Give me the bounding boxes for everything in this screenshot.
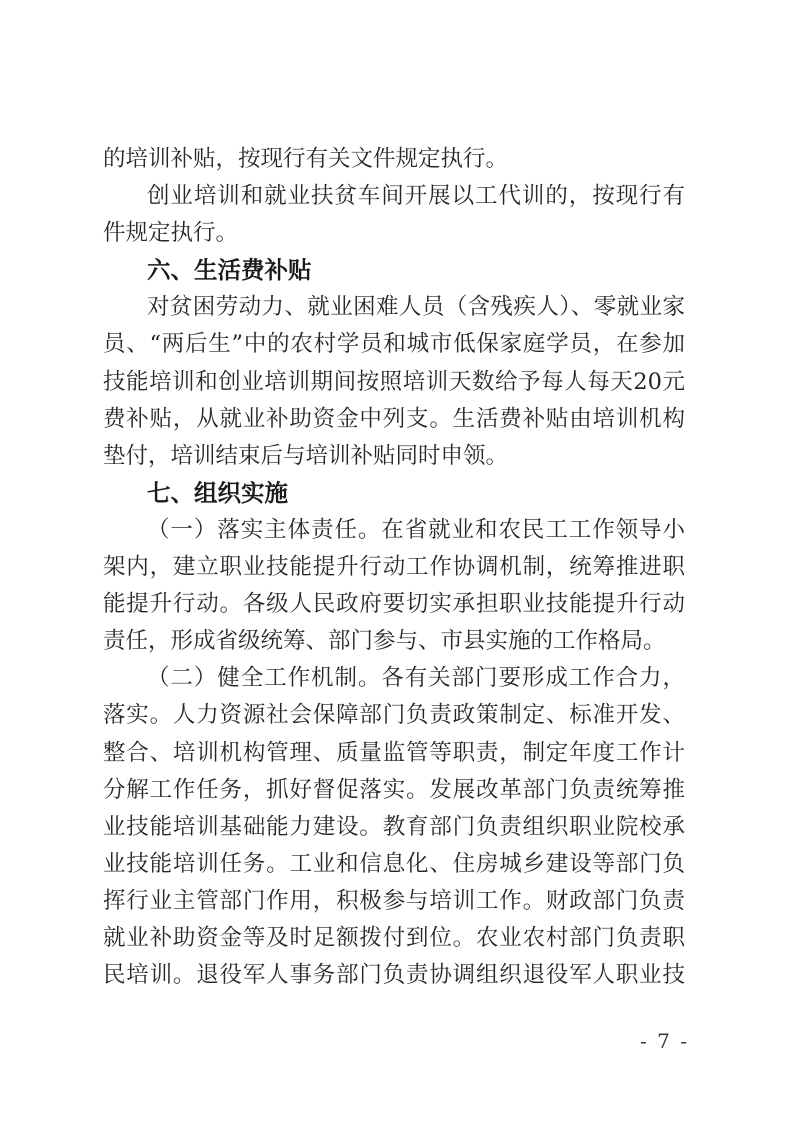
document-line: 责任，形成省级统筹、部门参与、市县实施的工作格局。 bbox=[103, 623, 685, 660]
document-line: 架内，建立职业技能提升行动工作协调机制，统筹推进职业技 bbox=[103, 549, 685, 586]
section-heading: 七、组织实施 bbox=[103, 475, 685, 512]
page-number: - 7 - bbox=[640, 1029, 689, 1053]
document-line: 落实。人力资源社会保障部门负责政策制定、标准开发、资源 bbox=[103, 697, 685, 734]
document-line: （一）落实主体责任。在省就业和农民工工作领导小组框 bbox=[103, 512, 685, 549]
document-line: 分解工作任务，抓好督促落实。发展改革部门负责统筹推进职 bbox=[103, 772, 685, 809]
section-heading: 六、生活费补贴 bbox=[103, 252, 685, 289]
document-line: 费补贴，从就业补助资金中列支。生活费补贴由培训机构先行 bbox=[103, 401, 685, 438]
document-line: 创业培训和就业扶贫车间开展以工代训的，按现行有关文 bbox=[103, 178, 685, 215]
document-line: 的培训补贴，按现行有关文件规定执行。 bbox=[103, 141, 685, 178]
document-line: 员、“两后生”中的农村学员和城市低保家庭学员，在参加就业 bbox=[103, 326, 685, 363]
document-line: （二）健全工作机制。各有关部门要形成工作合力，狠抓 bbox=[103, 660, 685, 697]
document-line: 能提升行动。各级人民政府要切实承担职业技能提升行动主体 bbox=[103, 586, 685, 623]
document-line: 业技能培训任务。工业和信息化、住房城乡建设等部门负责发 bbox=[103, 846, 685, 883]
document-line: 技能培训和创业培训期间按照培训天数给予每人每天20元生活 bbox=[103, 364, 685, 401]
document-line: 挥行业主管部门作用，积极参与培训工作。财政部门负责确保 bbox=[103, 883, 685, 920]
document-line: 业技能培训基础能力建设。教育部门负责组织职业院校承担职 bbox=[103, 809, 685, 846]
document-line: 对贫困劳动力、就业困难人员（含残疾人）、零就业家庭成 bbox=[103, 289, 685, 326]
document-line: 就业补助资金等及时足额拨付到位。农业农村部门负责职业农 bbox=[103, 920, 685, 957]
text-content: 的培训补贴，按现行有关文件规定执行。创业培训和就业扶贫车间开展以工代训的，按现行… bbox=[103, 141, 685, 994]
document-line: 整合、培训机构管理、质量监管等职责，制定年度工作计划、 bbox=[103, 735, 685, 772]
document-line: 民培训。退役军人事务部门负责协调组织退役军人职业技能培 bbox=[103, 957, 685, 994]
document-line: 垫付，培训结束后与培训补贴同时申领。 bbox=[103, 438, 685, 475]
document-line: 件规定执行。 bbox=[103, 215, 685, 252]
document-page: 的培训补贴，按现行有关文件规定执行。创业培训和就业扶贫车间开展以工代训的，按现行… bbox=[0, 0, 793, 1122]
